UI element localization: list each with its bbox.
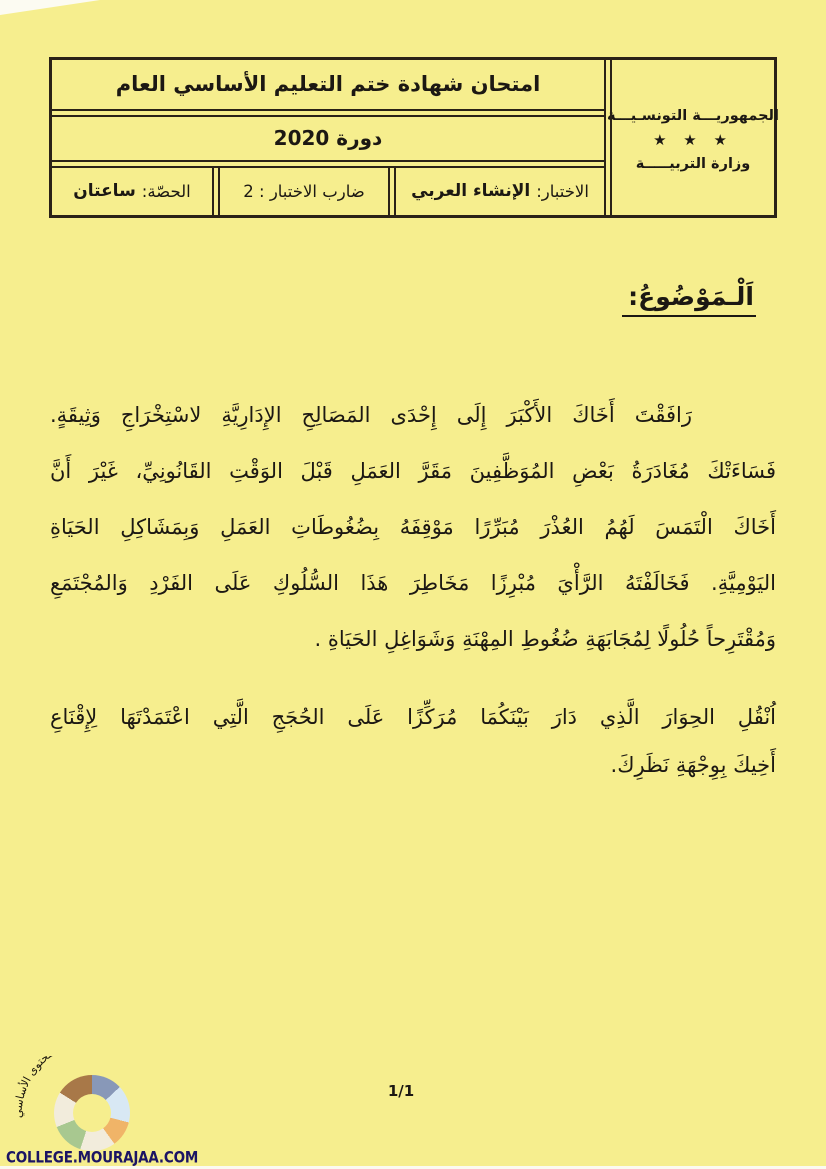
paragraph-line: أَخَاكَ الْتَمَسَ لَهُمُ العُذْرَ مُبَرِ… xyxy=(50,499,776,555)
vertical-double-divider xyxy=(388,168,396,215)
vertical-double-divider xyxy=(212,168,220,215)
subject-heading: اَلْـمَوْضُوعُ: xyxy=(622,282,756,317)
authority-box: الجمهوريـــة التونسـيـــة ★ ★ ★ وزارة ال… xyxy=(612,60,774,215)
subject-paragraph-1: رَافَقْتَ أَخَاكَ الأَكْبَرَ إِلَى إِحْد… xyxy=(50,387,776,667)
scan-corner-artifact xyxy=(0,0,100,15)
paragraph-line: اُنْقُلِ الحِوَارَ الَّذِي دَارَ بَيْنَك… xyxy=(50,693,776,741)
republic-name: الجمهوريـــة التونسـيـــة xyxy=(607,108,779,124)
horizontal-double-divider xyxy=(52,160,604,168)
exam-subject-label: الاختبار: xyxy=(536,182,589,201)
site-logo: موقع مراجعة محتوى الأساسي COLLEGE.MOURAJ… xyxy=(6,1056,176,1166)
ministry-name: وزارة التربيـــــة xyxy=(636,156,751,172)
stars-emblem: ★ ★ ★ xyxy=(653,133,733,147)
exam-duration-label: الحصّة: xyxy=(142,182,191,201)
exam-subject-cell: الاختبار: الإنشاء العربي xyxy=(396,168,604,215)
exam-session: دورة 2020 xyxy=(52,117,604,160)
exam-subject-value: الإنشاء العربي xyxy=(411,181,530,201)
exam-info-section: امتحان شهادة ختم التعليم الأساسي العام د… xyxy=(52,60,604,215)
subject-paragraph-2: اُنْقُلِ الحِوَارَ الَّذِي دَارَ بَيْنَك… xyxy=(50,693,776,789)
paragraph-line: رَافَقْتَ أَخَاكَ الأَكْبَرَ إِلَى إِحْد… xyxy=(50,387,776,443)
subjects-ring-icon xyxy=(54,1075,130,1151)
exam-title: امتحان شهادة ختم التعليم الأساسي العام xyxy=(52,60,604,109)
exam-duration-cell: الحصّة: ساعتان xyxy=(52,168,212,215)
horizontal-double-divider xyxy=(52,109,604,117)
exam-meta-row: الاختبار: الإنشاء العربي ضارب الاختبار :… xyxy=(52,168,604,215)
site-url: COLLEGE.MOURAJAA.COM xyxy=(6,1149,176,1167)
paragraph-line: اليَوْمِيَّةِ. فَخَالَفْتَهُ الرَّأْيَ م… xyxy=(50,555,776,611)
exam-paper-page: الجمهوريـــة التونسـيـــة ★ ★ ★ وزارة ال… xyxy=(0,0,826,1169)
vertical-double-divider xyxy=(604,60,612,215)
exam-duration-value: ساعتان xyxy=(73,181,136,201)
subject-body: اَلْـمَوْضُوعُ: رَافَقْتَ أَخَاكَ الأَكْ… xyxy=(50,218,776,789)
exam-header-table: الجمهوريـــة التونسـيـــة ★ ★ ★ وزارة ال… xyxy=(49,57,777,218)
exam-coefficient-cell: ضارب الاختبار : 2 xyxy=(220,168,388,215)
paragraph-line: وَمُقْتَرِحاً حُلُولًا لِمُجَابَهَةِ ضُغ… xyxy=(50,611,776,667)
paragraph-line: فَسَاءَتْكَ مُغَادَرَةُ بَعْضِ المُوَظَّ… xyxy=(50,443,776,499)
paragraph-line: أَخِيكَ بِوِجْهَةِ نَظَرِكَ. xyxy=(50,741,776,789)
